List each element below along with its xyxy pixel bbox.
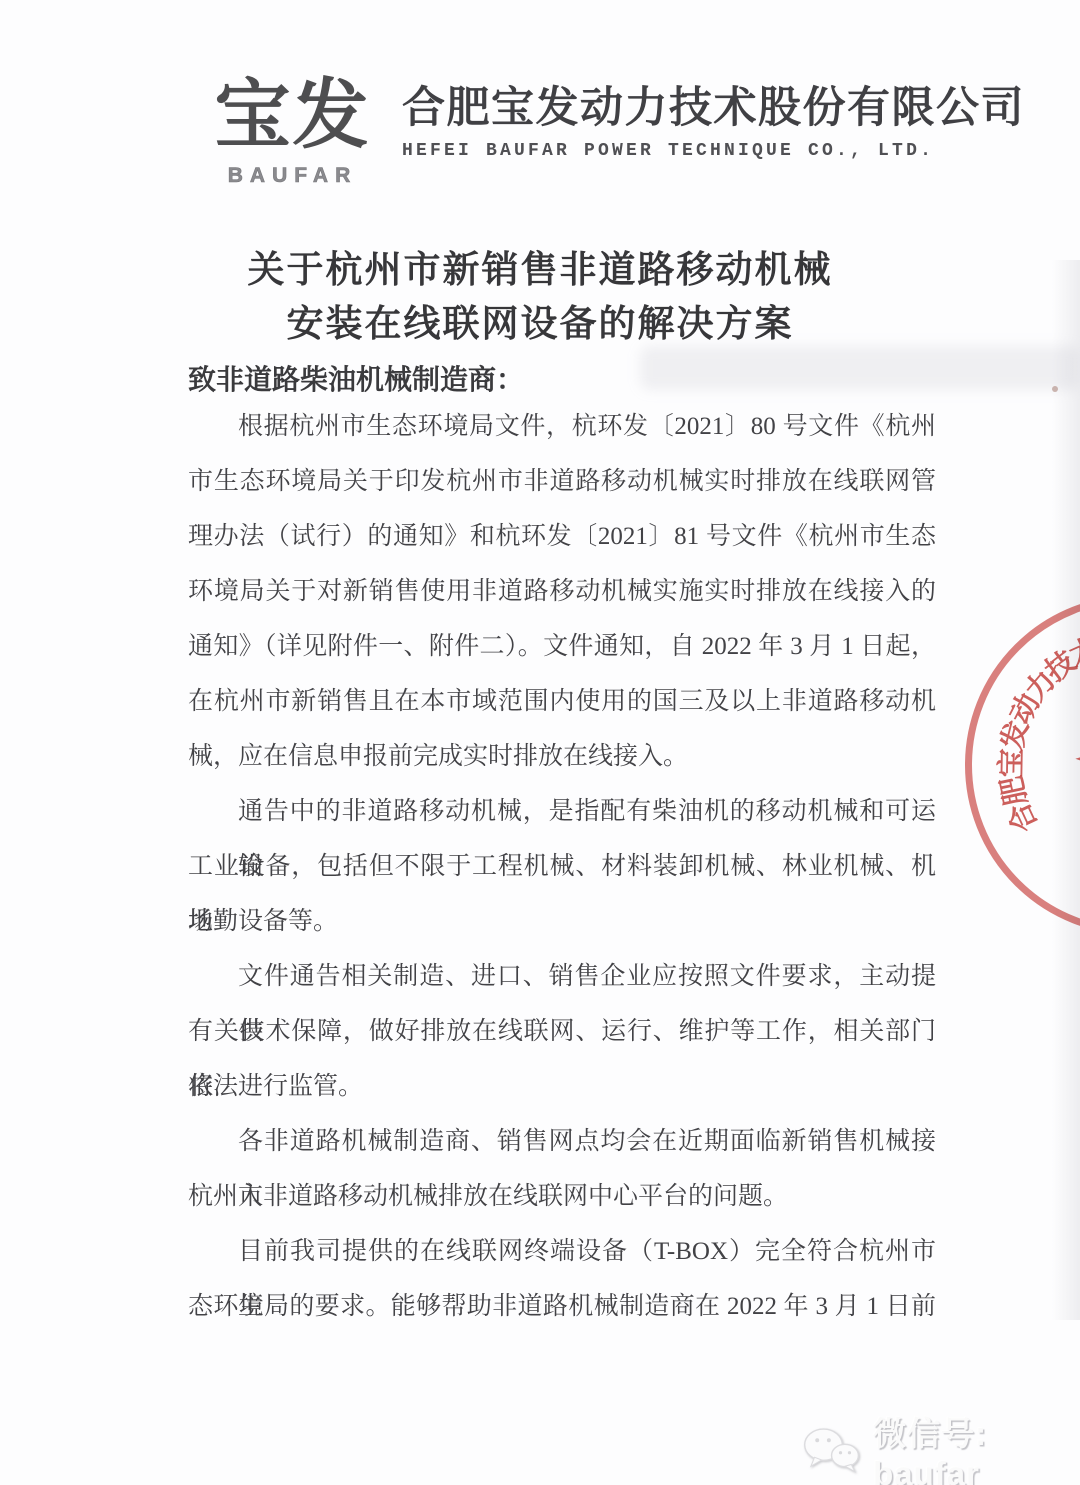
body-line: 文件通告相关制造、进口、销售企业应按照文件要求，主动提供 — [188, 949, 936, 1004]
document-title: 关于杭州市新销售非道路移动机械 安装在线联网设备的解决方案 — [0, 244, 1080, 352]
scan-speck — [1052, 386, 1058, 392]
body-line: 有关技术保障，做好排放在线联网、运行、维护等工作，相关部门将 — [188, 1004, 936, 1059]
title-line-1: 关于杭州市新销售非道路移动机械 — [0, 244, 1080, 298]
body-line: 通告中的非道路移动机械，是指配有柴油机的移动机械和可运输 — [188, 784, 936, 839]
logo-en-text: BAUFAR — [205, 164, 380, 188]
wechat-watermark: 微信号: baufar — [802, 1408, 1080, 1485]
body-line: 杭州市非道路移动机械排放在线联网中心平台的问题。 — [188, 1169, 936, 1224]
company-name-cn: 合肥宝发动力技术股份有限公司 — [402, 84, 1025, 134]
company-logo: 宝发 BAUFAR — [205, 76, 380, 188]
body-line: 态环境局的要求。能够帮助非道路机械制造商在 2022 年 3 月 1 日前 — [188, 1279, 936, 1334]
body-line: 根据杭州市生态环境局文件，杭环发〔2021〕80 号文件《杭州 — [188, 399, 936, 454]
body-line: 地勤设备等。 — [188, 894, 936, 949]
body-line: 目前我司提供的在线联网终端设备（T-BOX）完全符合杭州市生 — [188, 1224, 936, 1279]
body-line: 工业设备，包括但不限于工程机械、材料装卸机械、林业机械、机场 — [188, 839, 936, 894]
wechat-icon — [802, 1424, 861, 1478]
scanned-letter-page: 宝发 BAUFAR 合肥宝发动力技术股份有限公司 HEFEI BAUFAR PO… — [0, 0, 1080, 1485]
body-line: 械，应在信息申报前完成实时排放在线接入。 — [188, 729, 936, 784]
letter-body: 根据杭州市生态环境局文件，杭环发〔2021〕80 号文件《杭州 市生态环境局关于… — [188, 399, 936, 1334]
letterhead: 宝发 BAUFAR 合肥宝发动力技术股份有限公司 HEFEI BAUFAR PO… — [205, 76, 1025, 188]
company-seal-stamp: ★ 合肥宝发动力技术股份有限公司 340132 — [965, 595, 1080, 935]
title-line-2: 安装在线联网设备的解决方案 — [0, 298, 1080, 352]
scan-ghost-band — [640, 346, 1080, 390]
body-line: 依法进行监管。 — [188, 1059, 936, 1114]
wechat-id-text: 微信号: baufar — [873, 1408, 1080, 1485]
salutation: 致非道路柴油机械制造商： — [188, 358, 524, 398]
logo-cn-text: 宝发 — [205, 76, 380, 156]
body-line: 市生态环境局关于印发杭州市非道路移动机械实时排放在线联网管 — [188, 454, 936, 509]
body-line: 各非道路机械制造商、销售网点均会在近期面临新销售机械接入 — [188, 1114, 936, 1169]
body-line: 在杭州市新销售且在本市域范围内使用的国三及以上非道路移动机 — [188, 674, 936, 729]
company-name-en: HEFEI BAUFAR POWER TECHNIQUE CO., LTD. — [402, 141, 1025, 161]
company-name-block: 合肥宝发动力技术股份有限公司 HEFEI BAUFAR POWER TECHNI… — [402, 76, 1025, 161]
body-line: 环境局关于对新销售使用非道路移动机械实施实时排放在线接入的 — [188, 564, 936, 619]
body-line: 理办法（试行）的通知》和杭环发〔2021〕81 号文件《杭州市生态 — [188, 509, 936, 564]
body-line: 通知》（详见附件一、附件二）。文件通知，自 2022 年 3 月 1 日起， — [188, 619, 936, 674]
